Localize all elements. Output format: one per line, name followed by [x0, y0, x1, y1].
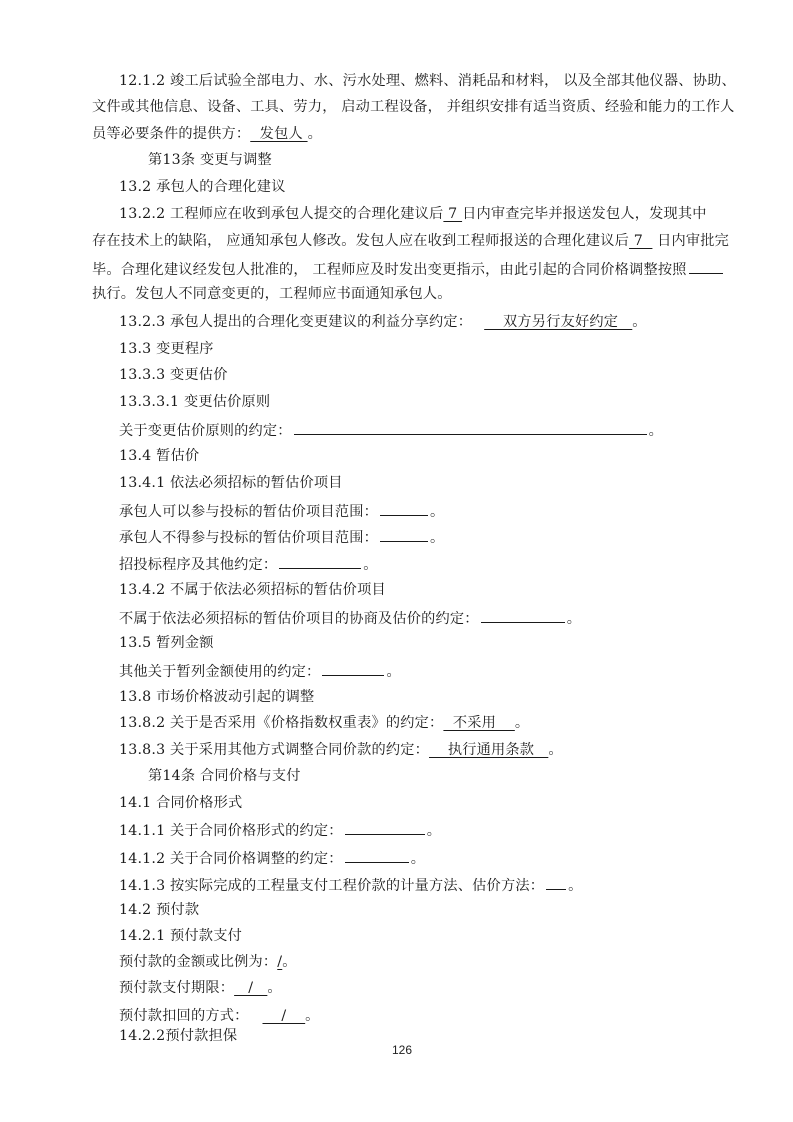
blank-field	[345, 847, 409, 863]
label: 承包人可以参与投标的暂估价项目范围：	[119, 504, 378, 520]
label: 13.8.3 关于采用其他方式调整合同价款的约定：	[119, 742, 429, 758]
blank-field	[546, 874, 566, 890]
period: 。	[515, 715, 529, 731]
clause-13-3-3-1-agreement: 关于变更估价原则的约定：。	[119, 419, 663, 441]
period: 。	[548, 742, 562, 758]
clause-14-2-1-heading: 14.2.1 预付款支付	[119, 926, 242, 946]
clause-12-1-2-line-2: 文件或其他信息、设备、工具、劳力， 启动工程设备， 并组织安排有适当资质、经验和…	[92, 97, 734, 117]
text: 日内审查完毕并报送发包人，发现其中	[462, 206, 707, 222]
period: 。	[427, 823, 441, 839]
section-13-2-heading: 13.2 承包人的合理化建议	[119, 177, 286, 197]
clause-13-8-2: 13.8.2 关于是否采用《价格指数权重表》的约定： 不采用 。	[119, 713, 529, 733]
clause-13-2-2-line-2: 存在技术上的缺陷， 应通知承包人修改。发包人应在收到工程师报送的合理化建议后 7…	[92, 231, 729, 251]
page-number: 126	[392, 1043, 412, 1057]
clause-13-2-3: 13.2.3 承包人提出的合理化变更建议的利益分享约定： 双方另行友好约定 。	[119, 312, 647, 332]
label: 13.8.2 关于是否采用《价格指数权重表》的约定：	[119, 715, 443, 731]
filled-value-advance-deadline: /	[234, 980, 267, 996]
period: 。	[411, 851, 425, 867]
period: 。	[267, 980, 281, 996]
clause-13-8-3: 13.8.3 关于采用其他方式调整合同价款的约定： 执行通用条款 。	[119, 740, 563, 760]
label: 13.2.3 承包人提出的合理化变更建议的利益分享约定：	[119, 314, 472, 330]
clause-13-4-1-b: 承包人不得参与投标的暂估价项目范围：。	[119, 526, 444, 548]
label: 员等必要条件的提供方：	[92, 126, 250, 142]
filled-value-other-adjustment: 执行通用条款	[429, 742, 548, 758]
clause-13-4-2-heading: 13.4.2 不属于依法必须招标的暂估价项目	[119, 580, 386, 600]
label: 14.1.3 按实际完成的工程量支付工程价款的计量方法、估价方法：	[119, 878, 544, 894]
section-14-2-heading: 14.2 预付款	[119, 900, 199, 920]
clause-14-2-2-heading: 14.2.2预付款担保	[119, 1026, 237, 1046]
blank-field	[689, 258, 723, 274]
blank-field	[294, 419, 647, 435]
blank-field	[380, 526, 428, 542]
text: 毕。合理化建议经发包人批准的， 工程师应及时发出变更指示，由此引起的合同价格调整…	[92, 262, 687, 278]
clause-14-1-3: 14.1.3 按实际完成的工程量支付工程价款的计量方法、估价方法：。	[119, 874, 583, 896]
blank-field	[279, 553, 361, 569]
period: 。	[282, 954, 296, 970]
filled-value-days-approve: 7	[629, 233, 652, 249]
clause-13-4-1-c: 招投标程序及其他约定：。	[119, 553, 378, 575]
label: 招投标程序及其他约定：	[119, 557, 277, 573]
clause-14-2-1-deduction: 预付款扣回的方式： / 。	[119, 1006, 320, 1026]
period: 。	[308, 126, 322, 142]
clause-14-1-2: 14.1.2 关于合同价格调整的约定：。	[119, 847, 425, 869]
label: 预付款支付期限：	[119, 980, 234, 996]
blank-field	[322, 660, 384, 676]
period: 。	[430, 504, 444, 520]
section-13-8-heading: 13.8 市场价格波动引起的调整	[119, 687, 314, 707]
blank-field	[380, 500, 428, 516]
text: 13.2.2 工程师应在收到承包人提交的合理化建议后	[119, 206, 443, 222]
document-page: 12.1.2 竣工后试验全部电力、水、污水处理、燃料、消耗品和材料， 以及全部其…	[0, 0, 793, 1122]
period: 。	[305, 1008, 319, 1024]
label: 不属于依法必须招标的暂估价项目的协商及估价的约定：	[119, 611, 479, 627]
blank-field	[345, 819, 425, 835]
period: 。	[649, 423, 663, 439]
clause-13-4-1-a: 承包人可以参与投标的暂估价项目范围：。	[119, 500, 444, 522]
clause-13-5-a: 其他关于暂列金额使用的约定：。	[119, 660, 401, 682]
clause-13-3-3-heading: 13.3.3 变更估价	[119, 365, 228, 385]
clause-12-1-2-line-3: 员等必要条件的提供方： 发包人 。	[92, 124, 322, 144]
period: 。	[430, 530, 444, 546]
section-13-5-heading: 13.5 暂列金额	[119, 633, 214, 653]
filled-value-provider: 发包人	[250, 126, 307, 142]
clause-13-4-2-a: 不属于依法必须招标的暂估价项目的协商及估价的约定：。	[119, 607, 581, 629]
period: 。	[386, 664, 400, 680]
text: 日内审批完	[652, 233, 729, 249]
label: 预付款扣回的方式：	[119, 1008, 249, 1024]
label: 其他关于暂列金额使用的约定：	[119, 664, 320, 680]
article-14-heading: 第14条 合同价格与支付	[148, 766, 301, 786]
label: 14.1.2 关于合同价格调整的约定：	[119, 851, 343, 867]
period: 。	[567, 611, 581, 627]
clause-13-4-1-heading: 13.4.1 依法必须招标的暂估价项目	[119, 473, 343, 493]
clause-14-2-1-deadline: 预付款支付期限： / 。	[119, 978, 282, 998]
clause-13-3-3-1-heading: 13.3.3.1 变更估价原则	[119, 392, 270, 412]
blank-field	[481, 607, 565, 623]
filled-value-advance-deduction: /	[263, 1008, 306, 1024]
article-13-heading: 第13条 变更与调整	[148, 150, 272, 170]
section-13-4-heading: 13.4 暂估价	[119, 446, 199, 466]
label: 关于变更估价原则的约定：	[119, 423, 292, 439]
clause-14-2-1-amount: 预付款的金额或比例为：/。	[119, 952, 297, 972]
filled-value-benefit-sharing: 双方另行友好约定	[484, 314, 632, 330]
clause-13-2-2-line-4: 执行。发包人不同意变更的，工程师应书面通知承包人。	[92, 284, 452, 304]
clause-13-2-2-line-3: 毕。合理化建议经发包人批准的， 工程师应及时发出变更指示，由此引起的合同价格调整…	[92, 258, 725, 280]
filled-value-price-index: 不采用	[443, 715, 514, 731]
section-14-1-heading: 14.1 合同价格形式	[119, 793, 242, 813]
label: 承包人不得参与投标的暂估价项目范围：	[119, 530, 378, 546]
filled-value-days-review: 7	[443, 206, 462, 222]
clause-12-1-2-line-1: 12.1.2 竣工后试验全部电力、水、污水处理、燃料、消耗品和材料， 以及全部其…	[119, 71, 736, 91]
label: 14.1.1 关于合同价格形式的约定：	[119, 823, 343, 839]
clause-14-1-1: 14.1.1 关于合同价格形式的约定：。	[119, 819, 441, 841]
period: 。	[632, 314, 646, 330]
clause-13-2-2-line-1: 13.2.2 工程师应在收到承包人提交的合理化建议后 7 日内审查完毕并报送发包…	[119, 204, 707, 224]
period: 。	[568, 878, 582, 894]
text: 存在技术上的缺陷， 应通知承包人修改。发包人应在收到工程师报送的合理化建议后	[92, 233, 629, 249]
period: 。	[363, 557, 377, 573]
label: 预付款的金额或比例为：	[119, 954, 277, 970]
section-13-3-heading: 13.3 变更程序	[119, 339, 214, 359]
